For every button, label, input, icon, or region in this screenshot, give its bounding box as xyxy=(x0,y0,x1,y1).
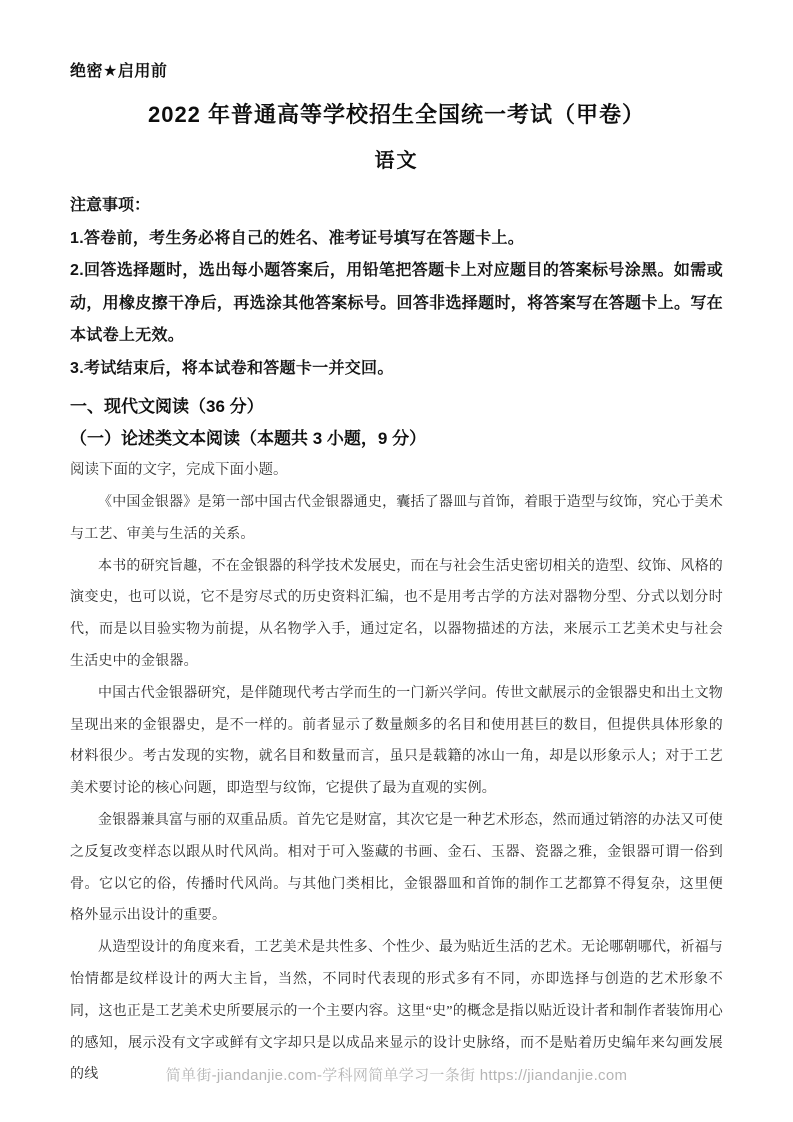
passage-paragraph: 金银器兼具富与丽的双重品质。首先它是财富，其次它是一种艺术形态，然而通过销溶的办… xyxy=(70,805,723,932)
exam-subject-title: 语文 xyxy=(70,144,723,173)
passage-paragraph: 中国古代金银器研究，是伴随现代考古学而生的一门新兴学问。传世文献展示的金银器史和… xyxy=(70,678,723,805)
exam-title: 2022 年普通高等学校招生全国统一考试（甲卷） xyxy=(70,98,723,129)
notice-item-3: 3.考试结束后，将本试卷和答题卡一并交回。 xyxy=(70,353,723,386)
notice-item-1: 1.答卷前，考生务必将自己的姓名、准考证号填写在答题卡上。 xyxy=(70,223,723,256)
notice-heading: 注意事项： xyxy=(70,190,723,223)
subsection-heading-argumentative-reading: （一）论述类文本阅读（本题共 3 小题，9 分） xyxy=(70,424,723,454)
classification-label: 绝密★启用前 xyxy=(70,58,723,81)
reading-instruction: 阅读下面的文字，完成下面小题。 xyxy=(70,457,723,484)
watermark-footer: 简单街-jiandanjie.com-学科网简单学习一条街 https://ji… xyxy=(0,1064,793,1085)
document-page: 绝密★启用前 2022 年普通高等学校招生全国统一考试（甲卷） 语文 注意事项：… xyxy=(0,0,793,1122)
section-heading-modern-text-reading: 一、现代文阅读（36 分） xyxy=(70,392,723,422)
passage-paragraph: 本书的研究旨趣，不在金银器的科学技术发展史，而在与社会生活史密切相关的造型、纹饰… xyxy=(70,551,723,678)
notice-item-2: 2.回答选择题时，选出每小题答案后，用铅笔把答题卡上对应题目的答案标号涂黑。如需… xyxy=(70,255,723,353)
passage-paragraph: 《中国金银器》是第一部中国古代金银器通史，囊括了器皿与首饰，着眼于造型与纹饰，究… xyxy=(70,487,723,551)
notice-section: 注意事项： 1.答卷前，考生务必将自己的姓名、准考证号填写在答题卡上。 2.回答… xyxy=(70,190,723,385)
passage-body: 《中国金银器》是第一部中国古代金银器通史，囊括了器皿与首饰，着眼于造型与纹饰，究… xyxy=(70,487,723,1091)
